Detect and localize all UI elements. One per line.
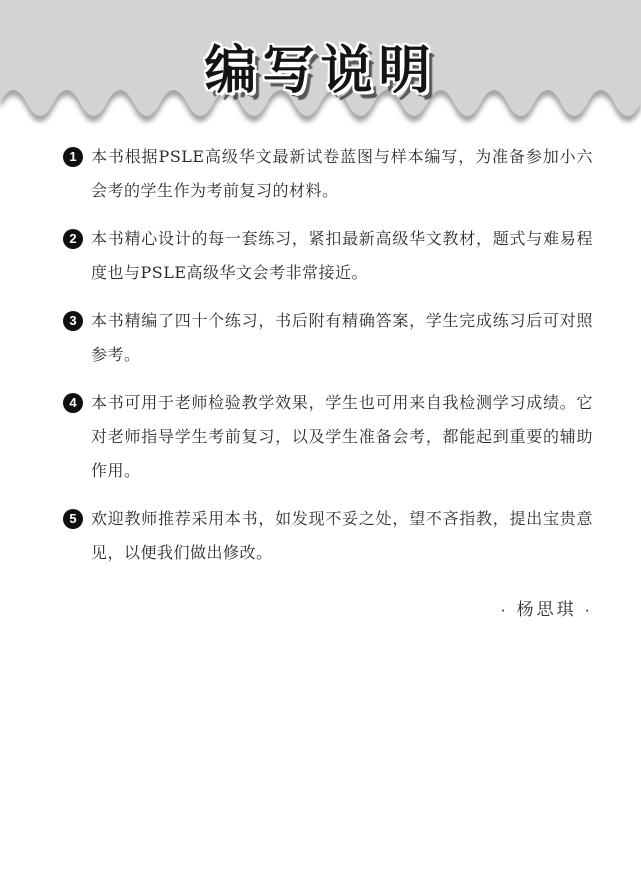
author-signature: · 杨思琪 ·	[63, 595, 593, 620]
item-text: 本书精心设计的每一套练习，紧扣最新高级华文教材，题式与难易程度也与PSLE高级华…	[91, 222, 593, 290]
numbered-bullet-icon: 3	[63, 311, 83, 331]
numbered-bullet-icon: 2	[63, 229, 83, 249]
list-item: 1 本书根据PSLE高级华文最新试卷蓝图与样本编写，为准备参加小六会考的学生作为…	[63, 140, 593, 208]
item-text: 本书根据PSLE高级华文最新试卷蓝图与样本编写，为准备参加小六会考的学生作为考前…	[91, 140, 593, 208]
book-page: 编写说明 1 本书根据PSLE高级华文最新试卷蓝图与样本编写，为准备参加小六会考…	[0, 0, 641, 876]
item-text: 本书可用于老师检验教学效果，学生也可用来自我检测学习成绩。它对老师指导学生考前复…	[91, 386, 593, 488]
list-item: 4 本书可用于老师检验教学效果，学生也可用来自我检测学习成绩。它对老师指导学生考…	[63, 386, 593, 488]
header-banner: 编写说明	[0, 0, 641, 140]
item-text: 欢迎教师推荐采用本书，如发现不妥之处，望不吝指教，提出宝贵意见，以便我们做出修改…	[91, 502, 593, 570]
item-text: 本书精编了四十个练习，书后附有精确答案，学生完成练习后可对照参考。	[91, 304, 593, 372]
notes-list: 1 本书根据PSLE高级华文最新试卷蓝图与样本编写，为准备参加小六会考的学生作为…	[0, 140, 593, 620]
list-item: 3 本书精编了四十个练习，书后附有精确答案，学生完成练习后可对照参考。	[63, 304, 593, 372]
numbered-bullet-icon: 1	[63, 147, 83, 167]
numbered-bullet-icon: 5	[63, 509, 83, 529]
list-item: 2 本书精心设计的每一套练习，紧扣最新高级华文教材，题式与难易程度也与PSLE高…	[63, 222, 593, 290]
page-title: 编写说明	[0, 28, 641, 103]
numbered-bullet-icon: 4	[63, 393, 83, 413]
list-item: 5 欢迎教师推荐采用本书，如发现不妥之处，望不吝指教，提出宝贵意见，以便我们做出…	[63, 502, 593, 570]
